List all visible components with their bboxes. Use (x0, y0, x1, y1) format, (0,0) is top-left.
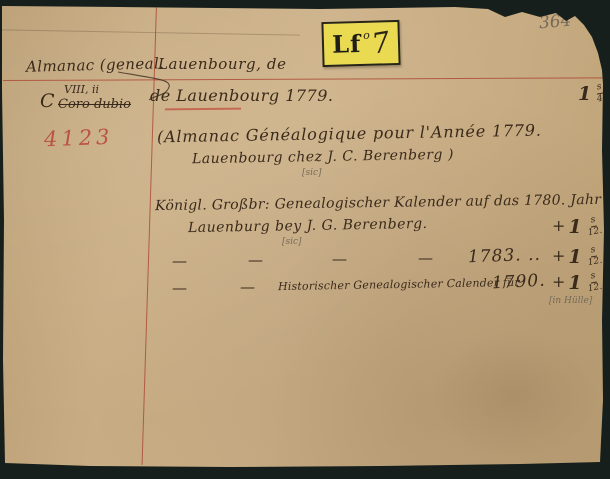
old-class-struck: Coro dubio (58, 98, 131, 111)
entry-heading: Lauenbourg, de (158, 57, 287, 72)
paper-stain (430, 330, 600, 460)
old-class-letter: C (40, 92, 55, 111)
shelfmark-label: Lf o 7 (321, 20, 400, 67)
catalog-card-paper: 364 Lf o 7 Almanac (geneal. C VIII, ii C… (0, 0, 610, 479)
ditto-dash: — (240, 280, 255, 295)
red-underline (165, 108, 241, 110)
top-price: 1 s 4. (578, 85, 605, 106)
year-1790: 1790. (492, 273, 546, 293)
year-1783: 1783. .. (468, 247, 541, 267)
top-price-fraction: s 4. (594, 82, 606, 104)
french-sic-note: [sic] (302, 169, 322, 178)
price-1790-fraction: s 12. (585, 271, 603, 294)
ditto-dash: — (332, 252, 347, 267)
calendar-1790-title: Historischer Genealogischer Calender für (278, 277, 520, 292)
german-sic-note: [sic] (282, 238, 302, 247)
plus-sign: + (552, 248, 565, 264)
old-class-superscript: VIII, ii (64, 84, 99, 95)
ditto-dash: — (172, 281, 187, 296)
ditto-dash: — (172, 254, 187, 269)
plus-sign: + (552, 218, 565, 234)
scan-background: 364 Lf o 7 Almanac (geneal. C VIII, ii C… (0, 0, 610, 479)
french-title-line1: (Almanac Généalogique pour l'Année 1779. (157, 123, 542, 146)
huelle-note: [in Hülle] (549, 297, 592, 306)
shelfmark-printed-text: Lf (332, 29, 362, 59)
german-price: + 1 s 12. (552, 218, 601, 239)
german-price-fraction: s 12. (585, 215, 603, 238)
top-price-amount: 1 (578, 85, 591, 104)
ditto-dash: — (248, 253, 263, 268)
french-title-line2: Lauenbourg chez J. C. Berenberg ) (192, 148, 454, 167)
accession-number: 4123 (44, 127, 114, 150)
price-1783: + 1 s 12. (552, 248, 601, 269)
price-1783-fraction: s 12. (585, 245, 603, 268)
vertical-rule (142, 5, 158, 465)
paper-crease (0, 29, 300, 35)
corner-page-number: 364 (538, 13, 572, 33)
ditto-dash: — (418, 251, 433, 266)
index-heading: Almanac (geneal. (26, 56, 165, 75)
shelfmark-number: 7 (369, 25, 392, 61)
german-title-line1: Königl. Großbr: Genealogischer Kalender … (155, 193, 601, 213)
plus-sign: + (552, 274, 565, 290)
entry-subheading: de Lauenbourg 1779. (150, 88, 334, 104)
price-1790: + 1 s 12. (552, 274, 601, 295)
german-title-line2: Lauenburg bey J. G. Berenberg. (188, 217, 428, 235)
horizontal-rule (3, 77, 603, 81)
